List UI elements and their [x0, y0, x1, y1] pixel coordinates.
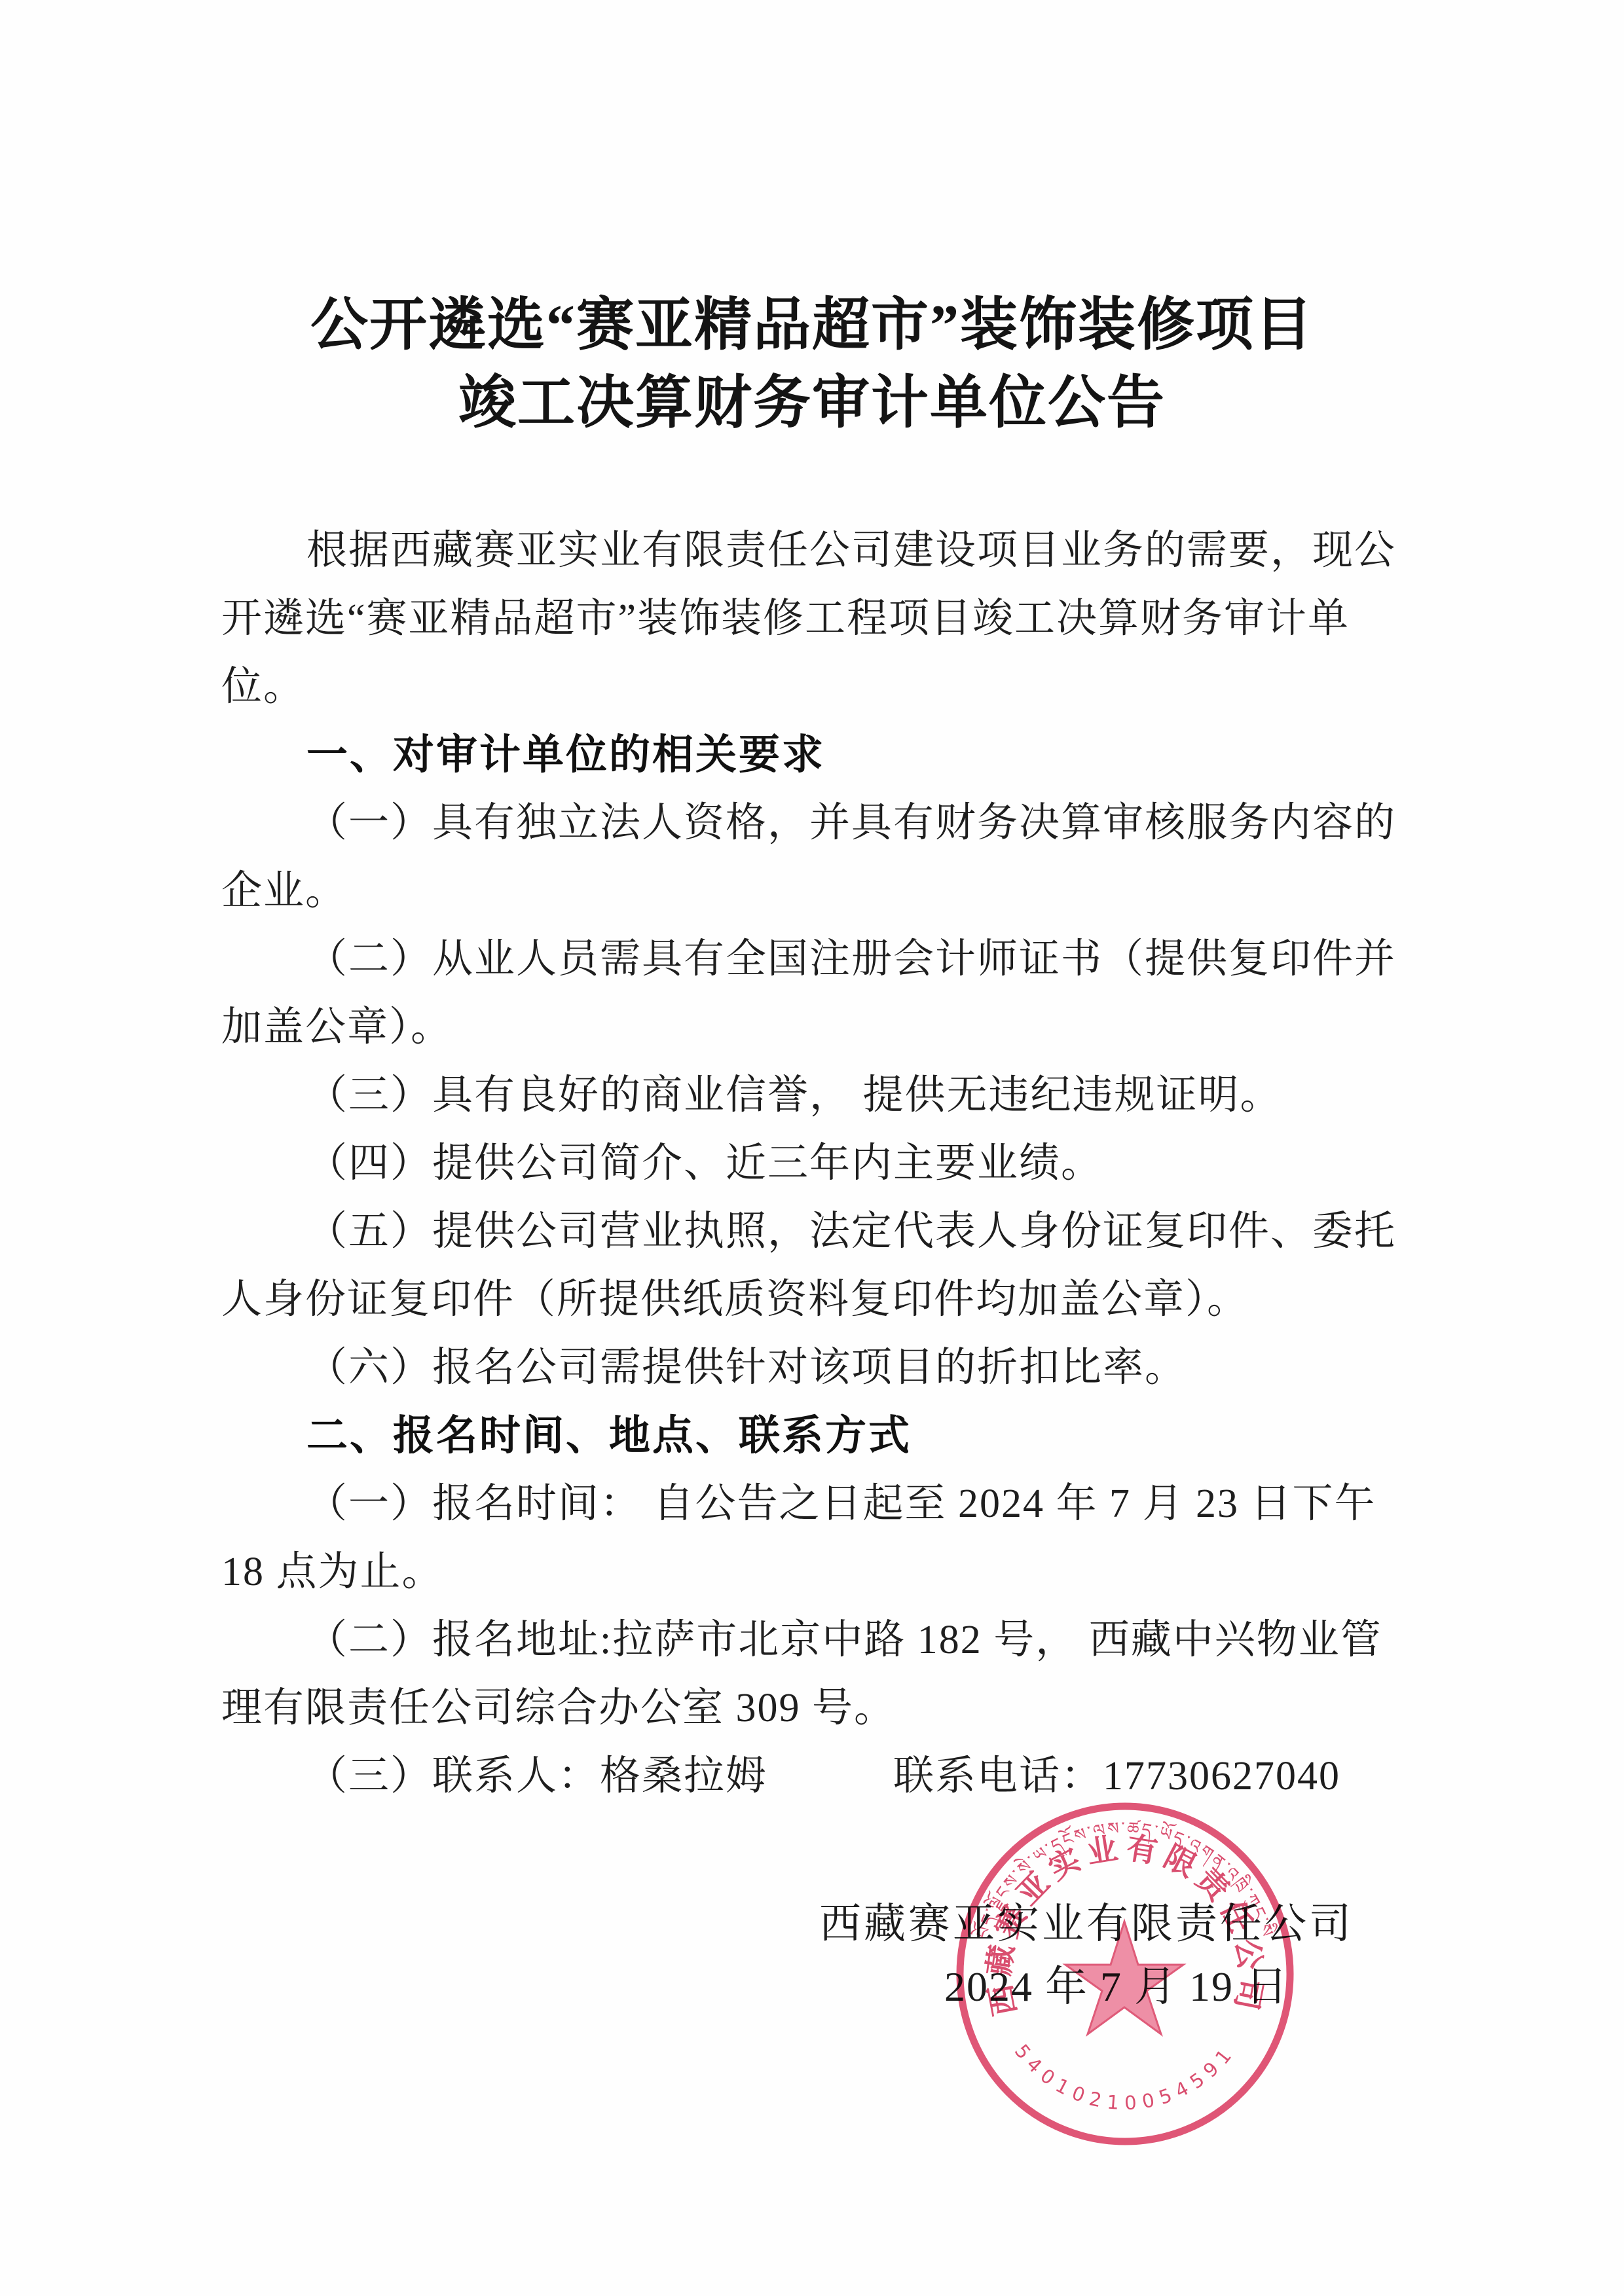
- title-line-1: 公开遴选“赛亚精品超市”装饰装修项目: [0, 287, 1624, 365]
- title-line-2: 竣工决算财务审计单位公告: [0, 365, 1624, 443]
- text-line: 企业。: [221, 857, 1407, 925]
- body-lines: 根据西藏赛亚实业有限责任公司建设项目业务的需要，现公开遴选“赛亚精品超市”装饰装…: [221, 517, 1407, 1810]
- text-line: 开遴选“赛亚精品超市”装饰装修工程项目竣工决算财务审计单: [221, 585, 1407, 653]
- text-line: （六）报名公司需提供针对该项目的折扣比率。: [221, 1334, 1407, 1402]
- text-line: （二）报名地址:拉萨市北京中路 182 号， 西藏中兴物业管: [221, 1606, 1407, 1674]
- text-line: （一）具有独立法人资格，并具有财务决算审核服务内容的: [221, 789, 1407, 857]
- section-heading: 一、对审计单位的相关要求: [221, 721, 1407, 789]
- text-line: （四）提供公司简介、近三年内主要业绩。: [221, 1129, 1407, 1197]
- section-heading: 二、报名时间、地点、联系方式: [221, 1402, 1407, 1470]
- text-line: 18 点为止。: [221, 1538, 1407, 1606]
- text-line: 根据西藏赛亚实业有限责任公司建设项目业务的需要，现公: [221, 517, 1407, 585]
- text-line: （三）具有良好的商业信誉， 提供无违纪违规证明。: [221, 1061, 1407, 1129]
- text-line: （二）从业人员需具有全国注册会计师证书（提供复印件并: [221, 925, 1407, 993]
- seal-serial-number: 54010210054591: [1010, 2040, 1240, 2114]
- text-line: （五）提供公司营业执照，法定代表人身份证复印件、委托: [221, 1197, 1407, 1266]
- text-line: 人身份证复印件（所提供纸质资料复印件均加盖公章）。: [221, 1266, 1407, 1334]
- text-line: 理有限责任公司综合办公室 309 号。: [221, 1674, 1407, 1742]
- scanned-announcement-page: 公开遴选“赛亚精品超市”装饰装修项目 竣工决算财务审计单位公告 根据西藏赛亚实业…: [0, 0, 1624, 2296]
- seal-star-icon: [1065, 1922, 1183, 2034]
- text-line: 加盖公章）。: [221, 993, 1407, 1061]
- document-title: 公开遴选“赛亚精品超市”装饰装修项目 竣工决算财务审计单位公告: [0, 287, 1624, 443]
- text-line: 位。: [221, 653, 1407, 721]
- company-seal: བོད་ལྗོངས་སེ་ཡ་དངོས་ལས་ཚད་ཡོད་འགན་འཁྲི་ཀ…: [951, 1799, 1301, 2151]
- text-line: （一）报名时间： 自公告之日起至 2024 年 7 月 23 日下午: [221, 1470, 1407, 1538]
